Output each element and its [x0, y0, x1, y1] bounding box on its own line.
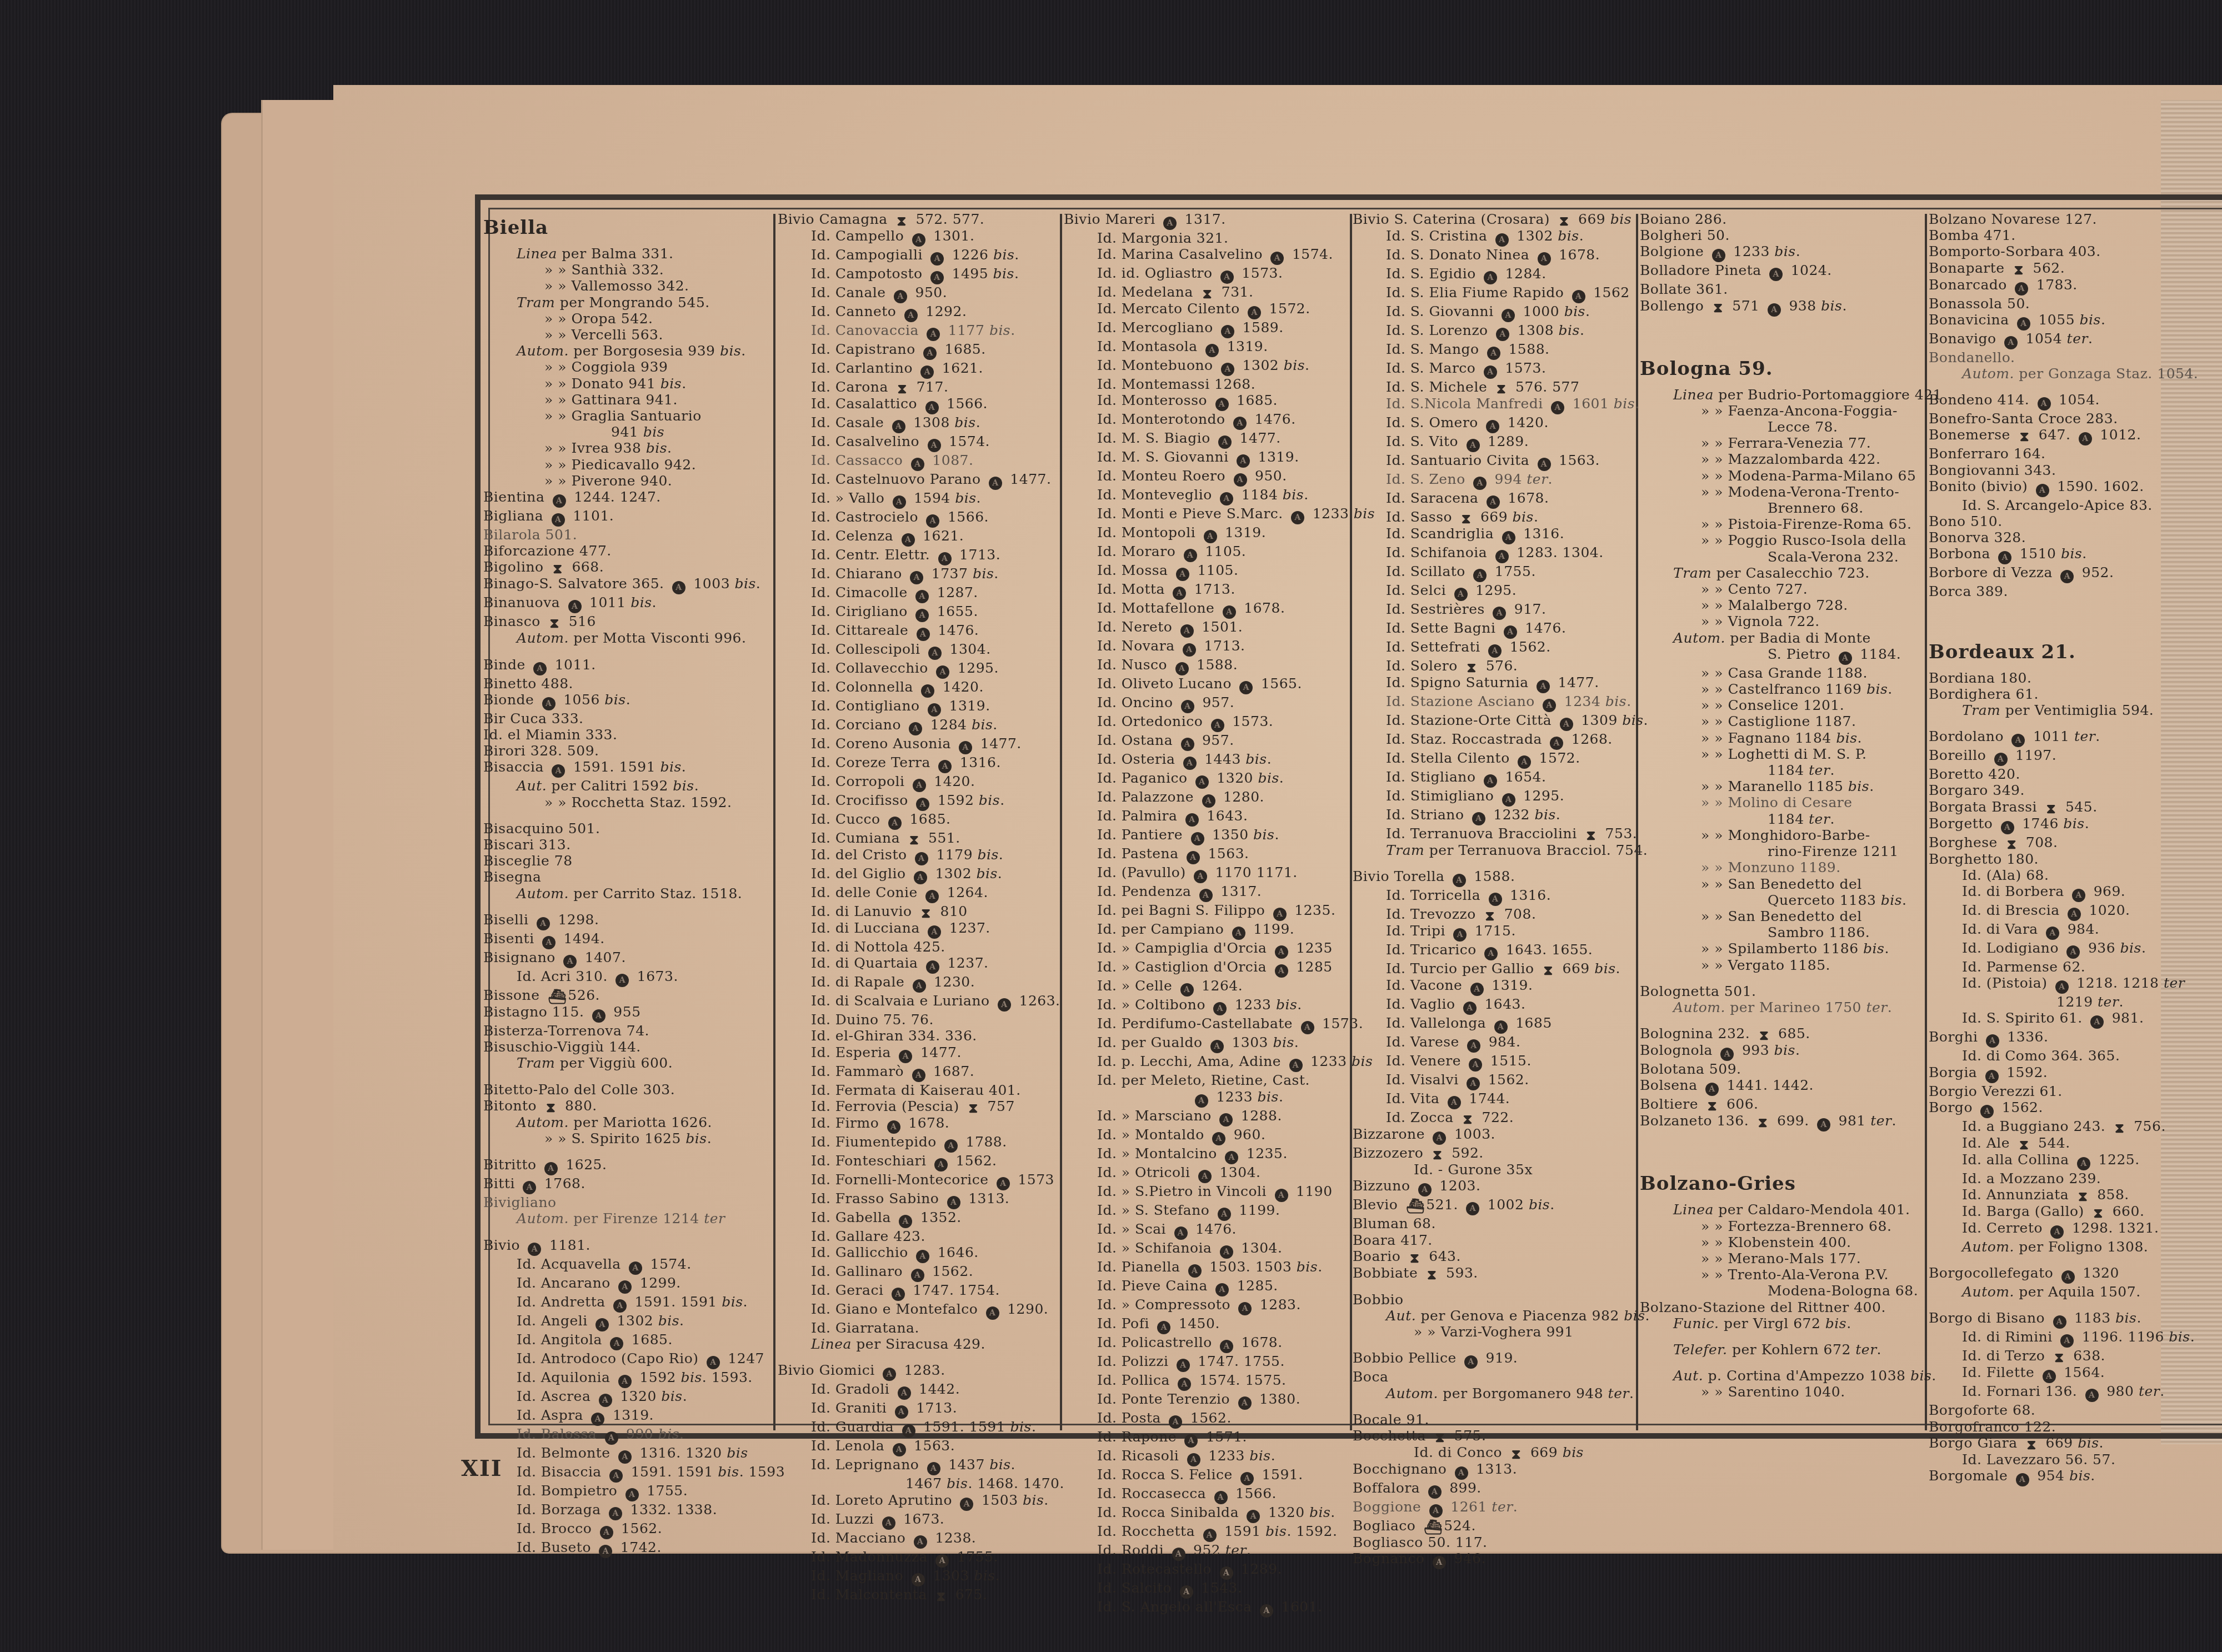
bus-stop-icon: A: [1998, 551, 2011, 564]
index-entry: Bluman 68.: [1353, 1215, 1635, 1232]
index-entry: Binetto 488.: [483, 675, 772, 692]
column-divider: [1060, 214, 1062, 1430]
bus-stop-icon: A: [1221, 325, 1234, 338]
hourglass-tram-icon: ⧗: [2013, 263, 2025, 277]
bus-stop-icon: A: [1248, 306, 1261, 319]
index-entry: Bivio Torella A 1588.: [1353, 868, 1635, 887]
italic-label: ter: [1809, 762, 1830, 778]
italic-label: bis: [1258, 770, 1279, 786]
index-entry: » » Monghidoro-Barbe-: [1640, 827, 1923, 843]
hourglass-tram-icon: ⧗: [2018, 1138, 2030, 1152]
bus-stop-icon: A: [1234, 473, 1247, 487]
bus-stop-icon: A: [1223, 605, 1236, 619]
bus-stop-icon: A: [1169, 1415, 1182, 1429]
italic-label: bis: [604, 692, 625, 708]
italic-label: bis: [947, 1475, 968, 1491]
index-entry: Id. Stimigliano A 1295.: [1353, 788, 1635, 807]
index-entry: Bivigliano: [483, 1194, 772, 1210]
italic-label: bis: [1564, 303, 1585, 319]
index-entry: Id. Ponte Terenzio A 1380.: [1064, 1391, 1348, 1410]
italic-label: bis: [1866, 681, 1888, 697]
index-entry: Bizzozero ⧗ 592.: [1353, 1145, 1635, 1162]
bus-stop-icon: A: [1543, 699, 1556, 712]
hourglass-tram-icon: ⧗: [1462, 1113, 1474, 1126]
bus-stop-icon: A: [1172, 1548, 1185, 1561]
italic-label: bis: [1559, 322, 1580, 338]
index-entry: Linea per Siracusa 429.: [778, 1336, 1058, 1352]
bus-stop-icon: A: [1220, 1566, 1233, 1580]
index-entry: » » Piedicavallo 942.: [483, 457, 772, 473]
index-entry: Bogliaco ⛴ 524.: [1353, 1518, 1635, 1534]
index-entry: Bollate 361.: [1640, 281, 1923, 297]
bus-stop-icon: A: [1466, 1202, 1479, 1215]
index-entry: Boffalora A 899.: [1353, 1480, 1635, 1499]
index-entry: Bisterza-Torrenova 74.: [483, 1023, 772, 1039]
index-entry: Id. Esperia A 1477.: [778, 1044, 1058, 1063]
index-entry: Boggione A 1261 ter.: [1353, 1499, 1635, 1518]
index-entry: Id. Acquavella A 1574.: [483, 1256, 772, 1275]
bus-stop-icon: A: [904, 309, 918, 322]
italic-label: bis: [1249, 1448, 1270, 1464]
italic-label: bis: [1309, 1504, 1330, 1520]
bus-stop-icon: A: [938, 552, 952, 565]
italic-label: bis: [2120, 940, 2141, 956]
index-entry: Id. Annunziata ⧗ 858.: [1929, 1187, 2218, 1203]
index-entry: Bizzuno A 1203.: [1353, 1178, 1635, 1197]
index-entry: Bonito (bivio) A 1590. 1602.: [1929, 478, 2218, 497]
italic-label: bis: [660, 759, 682, 775]
italic-label: bis: [1605, 693, 1627, 709]
index-entry: Id. Centr. Elettr. A 1713.: [778, 547, 1058, 565]
index-entry: Id. Ortedonico A 1573.: [1064, 713, 1348, 732]
bus-stop-icon: A: [1184, 1434, 1198, 1448]
index-entry: Id. Montopoli A 1319.: [1064, 524, 1348, 543]
bus-stop-icon: A: [1260, 1604, 1273, 1618]
bus-stop-icon: A: [1473, 477, 1487, 490]
index-entry: Borgo di Bisano A 1183 bis.: [1929, 1310, 2218, 1329]
index-entry: Binanuova A 1011 bis.: [483, 594, 772, 613]
index-entry: Bigolino ⧗ 668.: [483, 559, 772, 575]
italic-label: bis: [1825, 1315, 1846, 1331]
bus-stop-icon: A: [1238, 1302, 1252, 1315]
index-entry: Id. Rapone A 1571.: [1064, 1429, 1348, 1448]
index-entry: Id. Rocca Sinibalda A 1320 bis.: [1064, 1504, 1348, 1523]
index-entry: rino-Firenze 1211: [1640, 843, 1923, 859]
bus-stop-icon: A: [913, 979, 926, 993]
index-entry: » » Castelfranco 1169 bis.: [1640, 681, 1923, 697]
bus-stop-icon: A: [1194, 870, 1207, 883]
index-entry: Id. Vita A 1744.: [1353, 1090, 1635, 1109]
index-entry: Bomporto-Sorbara 403.: [1929, 243, 2218, 259]
index-entry: Id. Motta A 1713.: [1064, 581, 1348, 600]
bus-stop-icon: A: [1173, 587, 1186, 600]
index-entry: Id. Antrodoco (Capo Rio) A 1247: [483, 1350, 772, 1369]
index-entry: Id. Nereto A 1501.: [1064, 619, 1348, 638]
index-entry: Id. Campello A 1301.: [778, 228, 1058, 247]
index-entry: Id. Varese A 984.: [1353, 1034, 1635, 1053]
index-entry: Id. Collescipoli A 1304.: [778, 641, 1058, 660]
bus-stop-icon: A: [894, 290, 907, 303]
bus-stop-icon: A: [934, 1158, 948, 1172]
index-entry: Id. Striano A 1232 bis.: [1353, 807, 1635, 825]
index-entry: Id. Terranuova Bracciolini ⧗ 753.: [1353, 825, 1635, 842]
index-entry: » » Maranello 1185 bis.: [1640, 778, 1923, 794]
bus-stop-icon: A: [1163, 217, 1177, 230]
bus-stop-icon: A: [912, 1069, 925, 1082]
index-entry: Bonassola 50.: [1929, 296, 2218, 312]
bus-stop-icon: A: [888, 817, 902, 830]
index-entry: A 1233 bis.: [1064, 1089, 1348, 1108]
index-entry: Id. Venere A 1515.: [1353, 1053, 1635, 1072]
index-entry: Id. Coreno Ausonia A 1477.: [778, 735, 1058, 754]
italic-label: bis: [979, 792, 1000, 808]
bus-stop-icon: A: [899, 1050, 912, 1063]
italic-label: bis: [660, 376, 682, 392]
index-heading: Biella: [483, 214, 772, 241]
index-entry: Tram per Ventimiglia 594.: [1929, 702, 2218, 718]
italic-label: bis: [2069, 1468, 2090, 1484]
bus-stop-icon: A: [2050, 1225, 2064, 1239]
index-entry: Bitti A 1768.: [483, 1175, 772, 1194]
index-entry: Id. S. Elia Fiume Rapido A 1562: [1353, 284, 1635, 303]
index-entry: Boiano 286.: [1640, 211, 1923, 227]
bus-stop-icon: A: [1220, 1340, 1233, 1353]
italic-label: ter: [2067, 331, 2088, 347]
index-entry: » » Ferrara-Venezia 77.: [1640, 435, 1923, 451]
bus-stop-icon: A: [1184, 549, 1197, 562]
bus-stop-icon: A: [928, 647, 942, 660]
index-entry: Id. Montemassi 1268.: [1064, 376, 1348, 392]
bus-stop-icon: A: [2060, 570, 2074, 583]
index-entry: Id. » Vallo A 1594 bis.: [778, 490, 1058, 509]
index-entry: Id. Medelana ⧗ 731.: [1064, 284, 1348, 301]
index-entry: » » Pistoia-Firenze-Roma 65.: [1640, 516, 1923, 532]
index-entry: Id. Cittareale A 1476.: [778, 622, 1058, 641]
index-entry: Id. Roccasecca A 1566.: [1064, 1485, 1348, 1504]
index-entry: Bolognola A 993 bis.: [1640, 1042, 1923, 1061]
index-entry: Id. di Rapale A 1230.: [778, 974, 1058, 993]
index-entry: Bitetto-Palo del Colle 303.: [483, 1082, 772, 1098]
bus-stop-icon: A: [537, 917, 550, 930]
italic-label: Autom.: [517, 1210, 569, 1227]
index-entry: Id. Canale A 950.: [778, 284, 1058, 303]
bus-stop-icon: A: [2036, 484, 2049, 497]
italic-label: bis: [973, 565, 994, 582]
bus-stop-icon: A: [930, 252, 944, 266]
bus-stop-icon: A: [989, 477, 1002, 490]
index-entry: Id. Acri 310. A 1673.: [483, 968, 772, 987]
bus-stop-icon: A: [523, 1181, 536, 1194]
bus-stop-icon: A: [1220, 492, 1233, 505]
index-entry: Id. di Nottola 425.: [778, 939, 1058, 955]
bus-stop-icon: A: [1486, 420, 1499, 433]
index-entry: Id. Osteria A 1443 bis.: [1064, 751, 1348, 770]
bus-stop-icon: A: [1220, 1245, 1233, 1259]
hourglass-tram-icon: ⧗: [967, 1102, 979, 1115]
index-entry: Id. S. Cristina A 1302 bis.: [1353, 228, 1635, 247]
index-entry: Id. S.Nicola Manfredi A 1601 bis.: [1353, 396, 1635, 414]
hourglass-tram-icon: ⧗: [1558, 214, 1570, 228]
bus-stop-icon: A: [1188, 1264, 1202, 1278]
italic-label: bis: [735, 575, 756, 592]
bus-stop-icon: A: [1181, 700, 1194, 713]
bus-stop-icon: A: [926, 960, 939, 974]
bus-stop-icon: A: [528, 1243, 541, 1256]
italic-label: Tram: [1962, 702, 2000, 718]
index-entry: Id. Stella Cilento A 1572.: [1353, 750, 1635, 769]
bus-stop-icon: A: [1180, 1585, 1193, 1599]
bus-stop-icon: A: [1177, 1359, 1190, 1372]
bus-stop-icon: A: [1247, 1510, 1260, 1523]
index-entry: Id. a Mozzano 239.: [1929, 1170, 2218, 1187]
index-entry: Aut. per Calitri 1592 bis.: [483, 778, 772, 794]
bus-stop-icon: A: [1768, 303, 1781, 317]
index-entry: Bonorva 328.: [1929, 529, 2218, 545]
bus-stop-icon: A: [1187, 1453, 1200, 1466]
index-entry: Bonferraro 164.: [1929, 445, 2218, 462]
index-entry: Binasco ⧗ 516: [483, 613, 772, 630]
bus-stop-icon: A: [2043, 1370, 2056, 1383]
index-entry: Id. alla Collina A 1225.: [1929, 1152, 2218, 1170]
italic-label: bis: [1881, 892, 1902, 908]
index-entry: Id. Pieve Caina A 1285.: [1064, 1278, 1348, 1296]
index-column-4: Bivio S. Caterina (Crosara) ⧗ 669 bisId.…: [1353, 211, 1635, 1430]
bus-stop-icon: A: [1502, 793, 1515, 807]
bus-stop-icon: A: [1464, 1355, 1478, 1369]
bus-stop-icon: A: [1538, 252, 1551, 266]
index-entry: Id. Cumiana ⧗ 551.: [778, 830, 1058, 847]
index-entry: Id. Novara A 1713.: [1064, 638, 1348, 657]
italic-label: bis: [658, 1426, 679, 1442]
bus-stop-icon: A: [1199, 889, 1213, 902]
index-entry: Id. Aquilonia A 1592 bis. 1593.: [483, 1369, 772, 1388]
bus-stop-icon: A: [1469, 1058, 1482, 1072]
index-entry: Bisceglie 78: [483, 853, 772, 869]
bus-stop-icon: A: [2072, 889, 2085, 902]
bus-stop-icon: A: [591, 1413, 604, 1426]
italic-label: ter: [1870, 1113, 1891, 1129]
bus-stop-icon: A: [1270, 252, 1284, 265]
italic-label: ter: [1492, 1499, 1513, 1515]
index-entry: Id. di Terzo ⧗ 638.: [1929, 1348, 2218, 1364]
index-entry: Modena-Bologna 68.: [1640, 1283, 1923, 1299]
index-entry: Autom. per Marineo 1750 ter.: [1640, 999, 1923, 1015]
index-entry: Borgo Giara ⧗ 669 bis.: [1929, 1435, 2218, 1451]
bus-stop-icon: A: [887, 1120, 900, 1134]
index-entry: Id. Monterosso A 1685.: [1064, 392, 1348, 411]
index-entry: Borbore di Vezza A 952.: [1929, 564, 2218, 583]
index-entry: Id. Contigliano A 1319.: [778, 698, 1058, 717]
index-entry: Id. di Quartaia A 1237.: [778, 955, 1058, 974]
index-entry: Id. Palazzone A 1280.: [1064, 789, 1348, 808]
index-entry: Id. Palmira A 1643.: [1064, 808, 1348, 827]
italic-label: Autom.: [1962, 366, 2014, 382]
index-entry: Borgaro 349.: [1929, 782, 2218, 798]
index-entry: Id. M. S. Giovanni A 1319.: [1064, 449, 1348, 468]
bus-stop-icon: A: [2077, 1157, 2090, 1170]
index-entry: Bisignano A 1407.: [483, 949, 772, 968]
index-entry: » » Gattinara 941.: [483, 392, 772, 408]
index-entry: » » Mazzalombarda 422.: [1640, 451, 1923, 467]
index-entry: » » Fagnano 1184 bis.: [1640, 730, 1923, 746]
bus-stop-icon: A: [913, 779, 926, 792]
index-entry: Id. » Scai A 1476.: [1064, 1221, 1348, 1240]
index-entry: » » San Benedetto del: [1640, 876, 1923, 892]
bus-stop-icon: A: [1187, 851, 1200, 864]
index-entry: Funic. per Virgl 672 bis.: [1640, 1315, 1923, 1331]
column-divider: [773, 214, 775, 1430]
bus-stop-icon: A: [1205, 344, 1219, 357]
index-entry: Id. Gallare 423.: [778, 1228, 1058, 1244]
index-entry: Id. Fornelli-Montecorice A 1573: [778, 1172, 1058, 1190]
index-entry: Id. Lavezzaro 56. 57.: [1929, 1451, 2218, 1468]
index-entry: Id. Monterotondo A 1476.: [1064, 411, 1348, 430]
index-column-1: BiellaLinea per Balma 331.» » Santhià 33…: [483, 211, 772, 1430]
index-column-3: Bivio Mareri A 1317.Id. Margonia 321.Id.…: [1064, 211, 1348, 1430]
index-entry: Bisuschio-Viggiù 144.: [483, 1039, 772, 1055]
index-entry: Bocchignano A 1313.: [1353, 1461, 1635, 1480]
italic-label: bis: [993, 247, 1014, 263]
hourglass-tram-icon: ⧗: [935, 1590, 947, 1603]
index-entry: Bitritto A 1625.: [483, 1157, 772, 1175]
index-heading: Bordeaux 21.: [1929, 639, 2218, 665]
index-entry: » » Monzuno 1189.: [1640, 859, 1923, 875]
italic-label: bis: [1614, 396, 1635, 412]
index-entry: Boltiere ⧗ 606.: [1640, 1096, 1923, 1113]
hourglass-tram-icon: ⧗: [2025, 1438, 2038, 1451]
index-entry: Bollengo ⧗ 571 A 938 bis.: [1640, 298, 1923, 317]
index-entry: Bobbio Pellice A 919.: [1353, 1350, 1635, 1369]
bus-stop-icon: A: [1484, 947, 1498, 960]
index-entry: Borbona A 1510 bis.: [1929, 545, 2218, 564]
index-entry: Bogliasco 50. 117.: [1353, 1534, 1635, 1550]
italic-label: bis: [1253, 827, 1274, 843]
index-entry: Id. (Pistoia) A 1218. 1218 ter: [1929, 975, 2218, 994]
index-entry: » » Rocchetta Staz. 1592.: [483, 794, 772, 810]
hourglass-tram-icon: ⧗: [1542, 964, 1554, 977]
index-entry: Id. Corciano A 1284 bis.: [778, 717, 1058, 735]
index-entry: Id. Frasso Sabino A 1313.: [778, 1190, 1058, 1209]
bus-stop-icon: A: [2085, 1389, 2099, 1402]
italic-label: bis: [1863, 940, 1884, 957]
index-entry: Id. delle Conie A 1264.: [778, 884, 1058, 903]
bus-stop-icon: A: [1198, 1170, 1212, 1183]
bus-stop-icon: A: [895, 1405, 908, 1419]
bus-stop-icon: A: [1467, 1039, 1480, 1053]
index-entry: Id. Torricella A 1316.: [1353, 887, 1635, 906]
index-entry: Id. Stigliano A 1654.: [1353, 769, 1635, 788]
index-entry: Id. Ancarano A 1299.: [483, 1275, 772, 1294]
italic-label: Autom.: [1962, 1239, 2014, 1255]
bus-stop-icon: A: [916, 798, 929, 811]
bus-stop-icon: A: [927, 328, 940, 341]
index-entry: Id. Stazione Asciano A 1234 bis.: [1353, 693, 1635, 712]
italic-label: bis: [1594, 960, 1615, 977]
index-entry: Id. » Compressoto A 1283.: [1064, 1296, 1348, 1315]
hourglass-tram-icon: ⧗: [1434, 1431, 1446, 1444]
index-entry: Id. » Marsciano A 1288.: [1064, 1108, 1348, 1127]
bus-stop-icon: A: [1994, 753, 2008, 766]
italic-label: bis: [993, 266, 1014, 282]
index-entry: Borgio Verezzi 61.: [1929, 1083, 2218, 1099]
bus-stop-icon: A: [1720, 1048, 1734, 1061]
bus-stop-icon: A: [629, 1261, 642, 1275]
bus-stop-icon: A: [909, 722, 922, 735]
index-entry: Id. Angitola A 1685.: [483, 1331, 772, 1350]
hourglass-tram-icon: ⧗: [1484, 909, 1496, 923]
index-entry: Bolzaneto 136. ⧗ 699. A 981 ter.: [1640, 1113, 1923, 1132]
bus-stop-icon: A: [600, 1526, 613, 1539]
italic-label: bis: [1245, 751, 1267, 767]
index-entry: Bisegna: [483, 869, 772, 885]
index-entry: Id. Sette Bagni A 1476.: [1353, 620, 1635, 639]
italic-label: bis: [673, 778, 694, 794]
italic-label: bis: [1821, 298, 1842, 314]
index-entry: Id. Giano e Montefalco A 1290.: [778, 1301, 1058, 1320]
index-entry: Id. S. Zeno A 994 ter.: [1353, 471, 1635, 490]
bus-stop-icon: A: [707, 1356, 720, 1369]
index-entry: Bognanco A 946.: [1353, 1550, 1635, 1569]
bus-stop-icon: A: [1212, 1132, 1225, 1145]
index-entry: Bisacquino 501.: [483, 820, 772, 837]
bus-stop-icon: A: [1180, 983, 1194, 997]
italic-label: bis: [1836, 730, 1857, 746]
index-entry: Bonavicina A 1055 bis.: [1929, 312, 2218, 331]
hourglass-tram-icon: ⧗: [895, 214, 908, 228]
index-entry: Bolladore Pineta A 1024.: [1640, 262, 1923, 281]
index-entry: Autom. per Aquila 1507.: [1929, 1284, 2218, 1300]
italic-label: bis: [1529, 1197, 1550, 1213]
bus-stop-icon: A: [592, 1009, 605, 1023]
bus-stop-icon: A: [1221, 363, 1234, 376]
bus-stop-icon: A: [1467, 439, 1480, 452]
bus-stop-icon: A: [609, 1507, 622, 1520]
index-entry: Id. Mossa A 1105.: [1064, 562, 1348, 581]
index-entry: Id. Vallelonga A 1685: [1353, 1015, 1635, 1034]
bus-stop-icon: A: [997, 1177, 1010, 1190]
index-entry: » » Loghetti di M. S. P.: [1640, 746, 1923, 762]
index-entry: Id. Sasso ⧗ 669 bis.: [1353, 509, 1635, 525]
bus-stop-icon: A: [1301, 1021, 1314, 1034]
italic-label: bis: [643, 424, 664, 440]
index-entry: Id. di Rimini A 1196. 1196 bis.: [1929, 1329, 2218, 1348]
italic-label: Autom.: [1673, 999, 1725, 1015]
index-entry: Linea per Caldaro-Mendola 401.: [1640, 1202, 1923, 1218]
italic-label: bis: [685, 1130, 707, 1147]
bus-stop-icon: A: [911, 458, 924, 471]
italic-label: bis: [955, 490, 976, 506]
hourglass-tram-icon: ⧗: [1510, 1448, 1523, 1461]
index-entry: » » Modena-Verona-Trento-: [1640, 484, 1923, 500]
italic-label: bis: [2078, 1435, 2099, 1451]
index-entry: Id. S. Marco A 1573.: [1353, 360, 1635, 379]
index-entry: Id. Macciano A 1238.: [778, 1530, 1058, 1549]
italic-label: Autom.: [517, 343, 569, 359]
bus-stop-icon: A: [2079, 432, 2092, 445]
index-entry: 1184 ter.: [1640, 762, 1923, 778]
index-entry: Id. Rocchetta A 1591 bis. 1592.: [1064, 1523, 1348, 1542]
index-entry: Id. Ale ⧗ 544.: [1929, 1135, 2218, 1152]
index-entry: Id. (Ala) 68.: [1929, 867, 2218, 883]
index-entry: Id. Campotosto A 1495 bis.: [778, 266, 1058, 284]
bus-stop-icon: A: [1467, 1077, 1480, 1090]
bus-stop-icon: A: [1225, 1151, 1238, 1164]
bus-stop-icon: A: [910, 571, 923, 584]
italic-label: bis: [2169, 1329, 2190, 1345]
italic-label: bis: [1610, 211, 1632, 227]
italic-label: Autom.: [1962, 1284, 2014, 1300]
italic-label: bis: [1258, 1089, 1279, 1105]
